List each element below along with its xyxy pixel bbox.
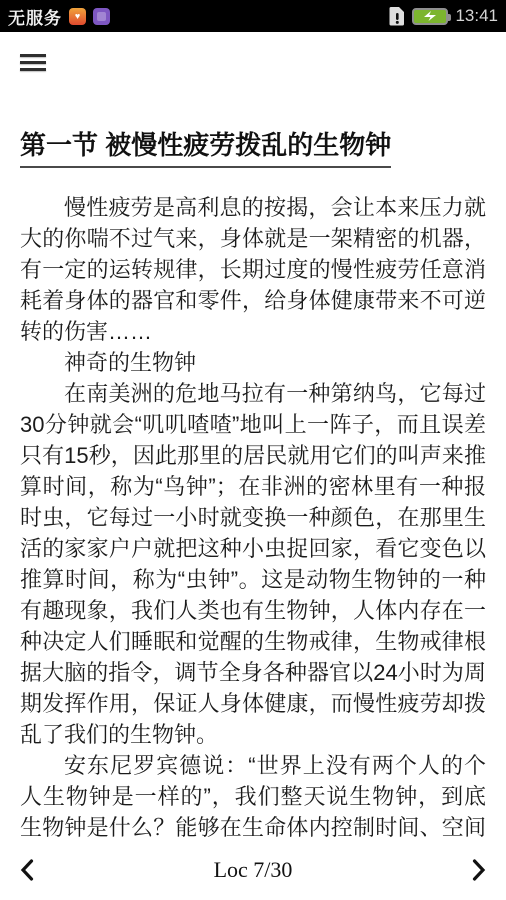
- paragraph-2-subheading: 神奇的生物钟: [20, 347, 486, 378]
- chevron-right-icon: [472, 858, 488, 882]
- prev-page-button[interactable]: [18, 858, 34, 882]
- paragraph-4: 安东尼罗宾德说：“世界上没有两个人的个人生物钟是一样的”，我们整天说生物钟，到底…: [20, 750, 486, 846]
- status-bar: 无服务 ♥ 13:41: [0, 0, 506, 32]
- carrier-status: 无服务: [8, 4, 62, 29]
- battery-charging-icon: [412, 8, 448, 25]
- charging-bolt-icon: [423, 10, 437, 22]
- paragraph-3: 在南美洲的危地马拉有一种第纳鸟，它每过30分钟就会“叽叽喳喳”地叫上一阵子，而且…: [20, 378, 486, 750]
- reader-footer: Loc 7/30: [0, 846, 506, 900]
- page-text: 慢性疲劳是高利息的按揭，会让本来压力就大的你喘不过气来，身体就是一架精密的机器，…: [20, 192, 486, 846]
- app-glyph: [97, 12, 106, 21]
- menu-button[interactable]: [14, 48, 52, 77]
- sim-alert-icon: [389, 6, 405, 26]
- notification-badge-purple-icon: [93, 8, 110, 25]
- chapter-title: 第一节 被慢性疲劳拨乱的生物钟: [20, 130, 486, 168]
- chapter-title-text: 第一节 被慢性疲劳拨乱的生物钟: [20, 130, 391, 168]
- next-page-button[interactable]: [472, 858, 488, 882]
- status-time: 13:41: [455, 6, 498, 26]
- reader-page[interactable]: 第一节 被慢性疲劳拨乱的生物钟 慢性疲劳是高利息的按揭，会让本来压力就大的你喘不…: [0, 32, 506, 846]
- phone-screen: 无服务 ♥ 13:41 第一节 被慢性疲劳拨乱的生物钟: [0, 0, 506, 900]
- heart-glyph: ♥: [75, 12, 80, 21]
- chevron-left-icon: [18, 858, 34, 882]
- hamburger-menu-icon: [20, 54, 46, 57]
- paragraph-1: 慢性疲劳是高利息的按揭，会让本来压力就大的你喘不过气来，身体就是一架精密的机器，…: [20, 192, 486, 347]
- notification-badge-orange-icon: ♥: [69, 8, 86, 25]
- location-indicator: Loc 7/30: [214, 857, 293, 883]
